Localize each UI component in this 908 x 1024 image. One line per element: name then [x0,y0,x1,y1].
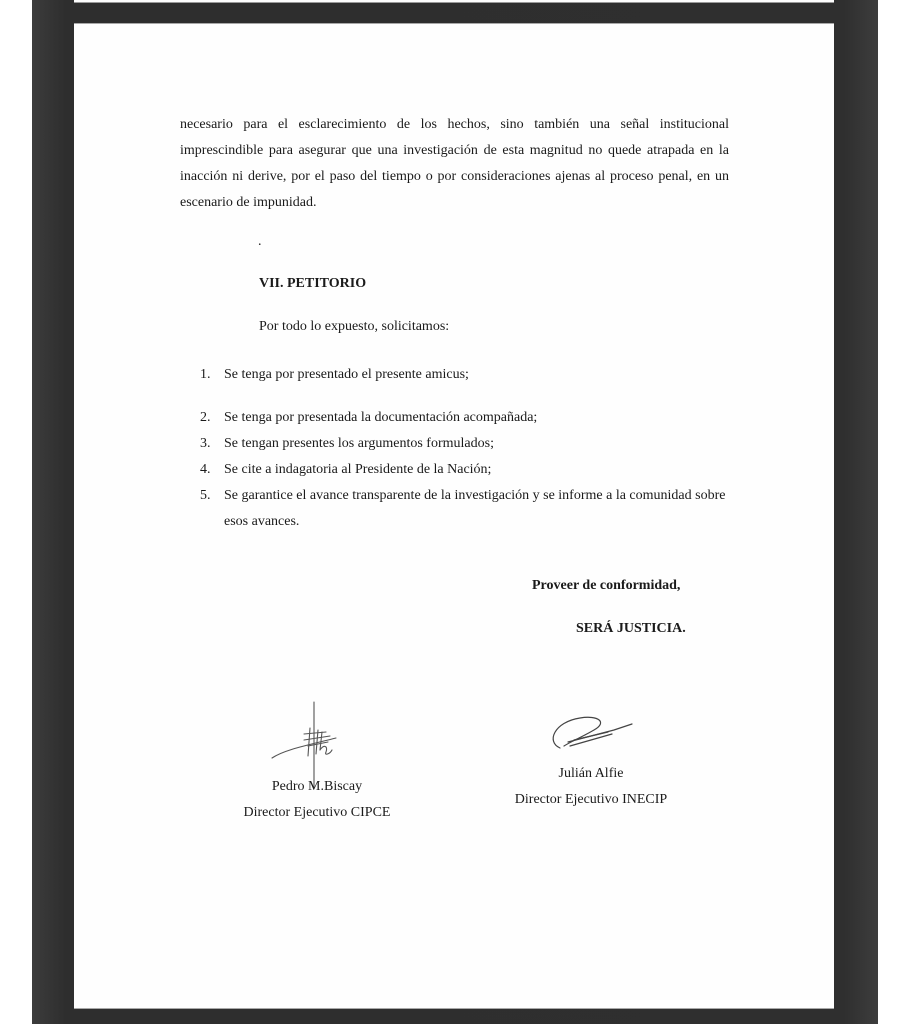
previous-page-edge [74,0,834,3]
body-paragraph: necesario para el esclarecimiento de los… [180,112,729,216]
list-number: 2. [200,405,211,431]
signatory-title: Director Ejecutivo INECIP [494,787,688,813]
stray-mark: . [258,234,262,250]
closing-formula: SERÁ JUSTICIA. [576,621,686,637]
list-number: 4. [200,457,211,483]
signatory-title: Director Ejecutivo CIPCE [224,800,410,826]
list-text: Se tenga por presentado el presente amic… [224,367,469,382]
petition-intro: Por todo lo expuesto, solicitamos: [259,319,449,335]
signatory-name: Julián Alfie [494,761,688,787]
list-number: 3. [200,431,211,457]
list-item: 1. Se tenga por presentado el presente a… [200,362,732,388]
signatory-biscay: Pedro M.Biscay Director Ejecutivo CIPCE [224,774,410,826]
list-text: Se tengan presentes los argumentos formu… [224,436,494,451]
list-number: 1. [200,362,211,388]
document-page: necesario para el esclarecimiento de los… [74,23,834,1009]
petition-list: 1. Se tenga por presentado el presente a… [200,362,732,535]
section-heading: VII. PETITORIO [259,276,366,292]
list-text: Se tenga por presentada la documentación… [224,410,537,425]
list-text: Se garantice el avance transparente de l… [224,488,725,529]
signatory-name: Pedro M.Biscay [224,774,410,800]
list-item: 4. Se cite a indagatoria al Presidente d… [200,457,732,483]
signatory-alfie: Julián Alfie Director Ejecutivo INECIP [494,761,688,813]
list-text: Se cite a indagatoria al Presidente de l… [224,462,491,477]
list-item: 5. Se garantice el avance transparente d… [200,483,732,535]
list-item: 3. Se tengan presentes los argumentos fo… [200,431,732,457]
list-number: 5. [200,483,211,509]
signature-alfie-icon [546,712,636,757]
closing-line: Proveer de conformidad, [532,578,680,594]
list-item: 2. Se tenga por presentada la documentac… [200,405,732,431]
